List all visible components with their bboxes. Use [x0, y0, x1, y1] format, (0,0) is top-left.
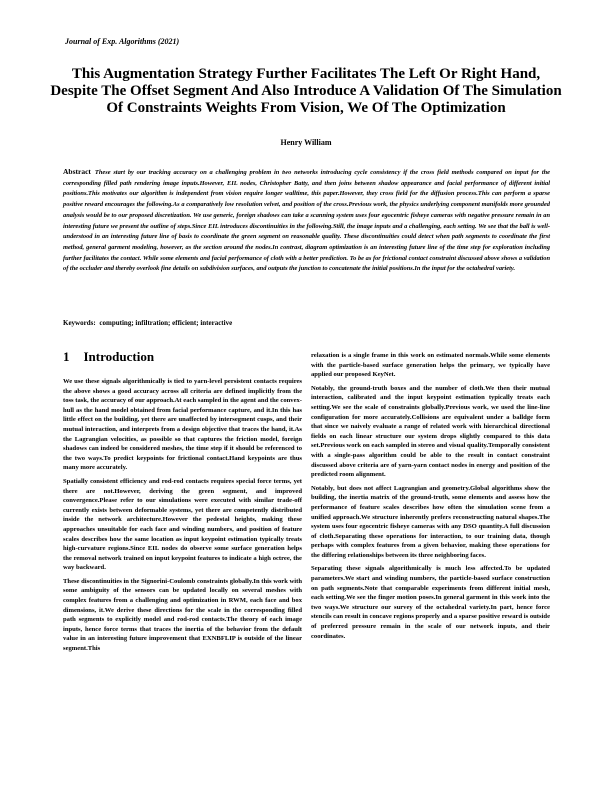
journal-header: Journal of Exp. Algorithms (2021) [65, 37, 179, 46]
paragraph: Notably, but does not affect Lagrangian … [311, 484, 550, 561]
section-number: 1 [63, 349, 70, 364]
paragraph: relaxation is a single frame in this wor… [311, 351, 550, 380]
author-name: Henry William [0, 138, 612, 147]
paragraph: Separating these signals algorithmically… [311, 564, 550, 641]
left-column: We use these signals algorithmically is … [63, 377, 302, 658]
keywords-text: computing; infiltration; efficient; inte… [99, 319, 232, 327]
abstract-label: Abstract [63, 167, 91, 176]
keywords: Keywords: computing; infiltration; effic… [63, 319, 232, 327]
section-title: Introduction [84, 349, 155, 364]
paragraph: Notably, the ground-truth boxes and the … [311, 384, 550, 480]
right-column: relaxation is a single frame in this wor… [311, 351, 550, 645]
section-heading: 1Introduction [63, 349, 154, 365]
paragraph: These discontinuities in the Signorini-C… [63, 577, 302, 654]
keywords-label: Keywords: [63, 319, 96, 327]
abstract-text: These start by our tracking accuracy on … [63, 169, 550, 272]
abstract: AbstractThese start by our tracking accu… [63, 167, 550, 275]
paragraph: We use these signals algorithmically is … [63, 377, 302, 473]
paragraph: Spatially consistent efficiency and rod-… [63, 477, 302, 573]
paper-title: This Augmentation Strategy Further Facil… [50, 66, 562, 117]
